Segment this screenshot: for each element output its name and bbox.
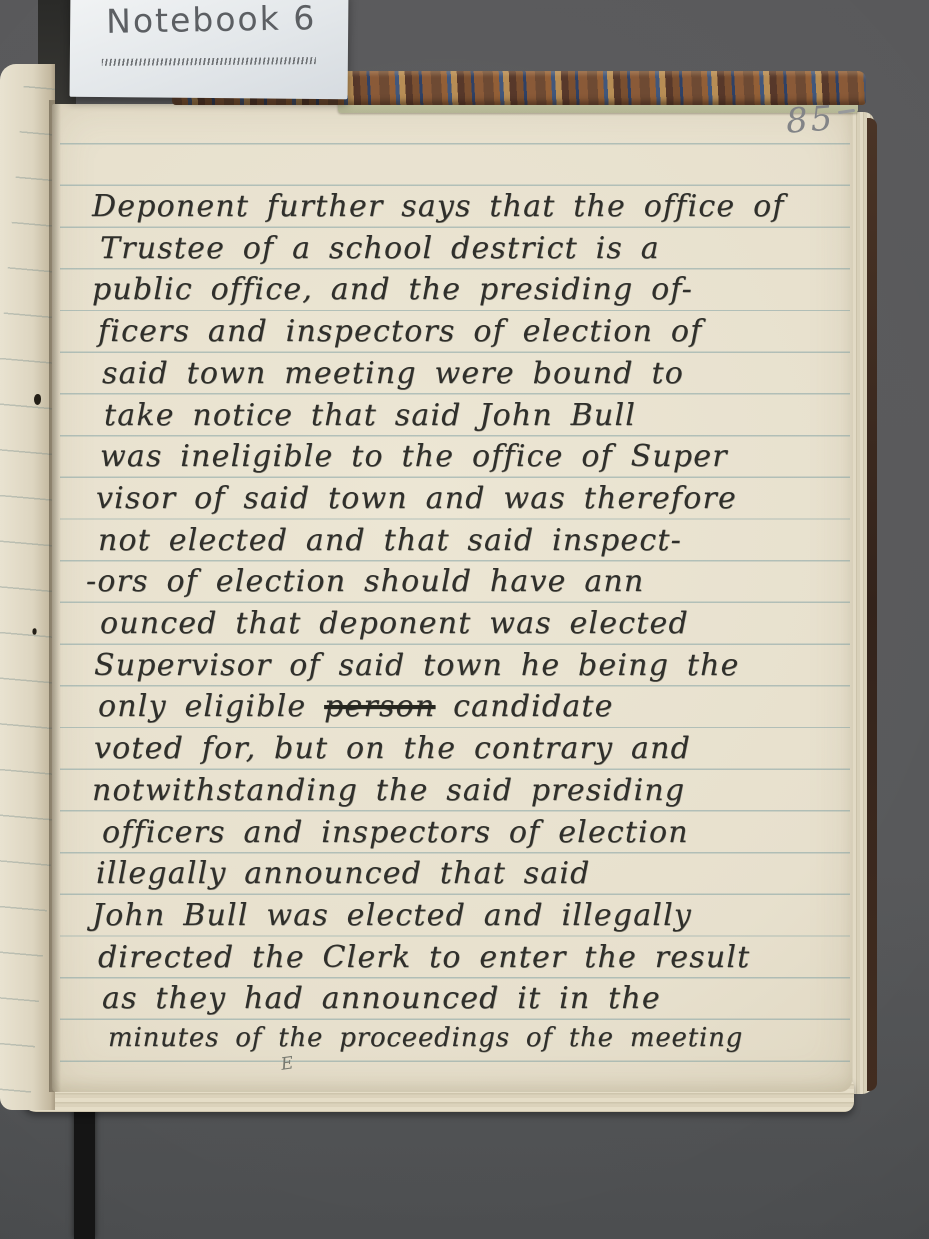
ruled-lines (60, 143, 850, 1064)
sticky-note: Notebook 6 (70, 0, 349, 99)
binding-speck (32, 628, 36, 635)
page-number: 85 (785, 98, 837, 141)
right-cover-edge (867, 118, 877, 1091)
notebook-page (52, 104, 852, 1092)
sticky-note-label: Notebook 6 (106, 0, 317, 41)
corner-pencil-mark: E (280, 1053, 295, 1075)
bookmark-ribbon-shadow (74, 1096, 95, 1239)
left-facing-page (0, 64, 55, 1110)
scribble-underline (102, 57, 316, 66)
binding-speck (34, 394, 41, 405)
gutter-crease (49, 100, 61, 1092)
